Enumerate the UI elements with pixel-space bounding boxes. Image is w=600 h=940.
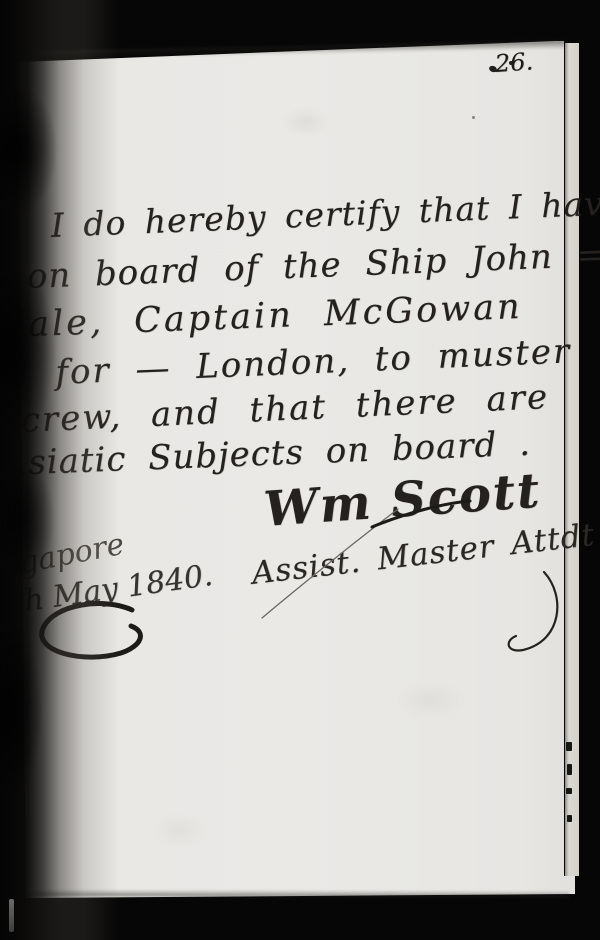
underlying-page-edge xyxy=(565,43,579,876)
page-number: 26. xyxy=(494,47,534,78)
page-edge-speck xyxy=(567,815,572,822)
page-edge-speck xyxy=(567,764,572,775)
page-edge-speck xyxy=(566,742,572,751)
spine-artifact xyxy=(9,899,14,932)
scanned-manuscript-page: 26. I do hereby certify that I have on b… xyxy=(0,0,600,940)
page-edge-speck xyxy=(566,788,572,794)
ink-spot xyxy=(472,116,475,119)
ink-spot xyxy=(509,61,513,65)
